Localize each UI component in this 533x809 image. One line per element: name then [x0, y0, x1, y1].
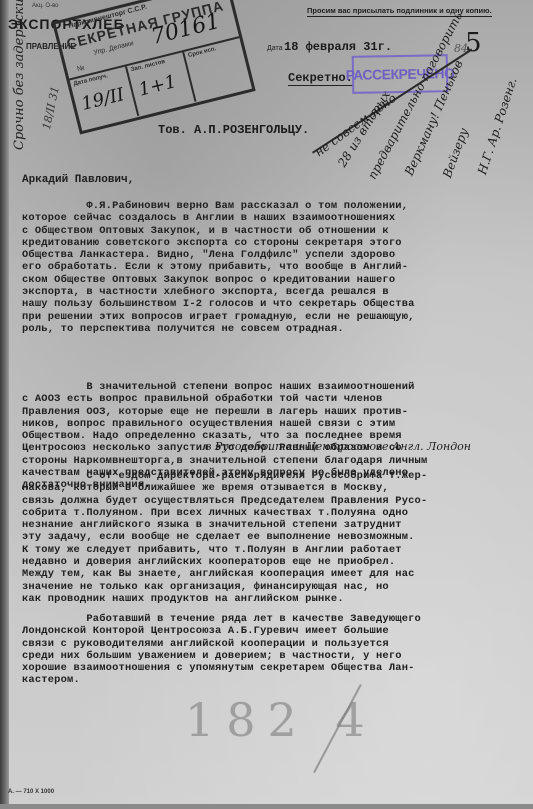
letter-paragraph: С от'ездом директора-распорядителя Русос…	[22, 470, 522, 605]
stamp-cell-deadline: Срок исп.	[184, 38, 252, 101]
stamp-cell-label: Дата получ.	[73, 73, 108, 87]
stamp-cell-label: Зап. листов	[130, 59, 166, 73]
letterhead-org-type: Акц. О-во	[32, 3, 59, 9]
secret-classification: Секретно.	[288, 71, 353, 86]
form-code: А. — 710 X 1000	[8, 789, 54, 795]
stamp-cell-label: Срок исп.	[188, 46, 217, 59]
handwritten-resolution-line: Вейзеру	[440, 126, 471, 180]
date-label: Дата	[267, 45, 283, 52]
scanned-document-page: Акц. О-во ЭКСПОРТХЛЕБ ПРАВЛЕНИЕ Наркомвн…	[0, 0, 533, 809]
stamp-cell-value: 19/II	[79, 84, 126, 115]
scan-left-edge	[0, 0, 9, 809]
stamp-number-label: №	[76, 65, 85, 74]
date-value: 18 февраля 31г.	[284, 40, 392, 54]
pencil-folio-marks: 182 4	[185, 693, 377, 747]
handwritten-signature: Н.Г. Ар. Розенг.	[475, 76, 520, 176]
margin-handwritten-note: Срочно без задержки	[12, 0, 27, 150]
scan-bottom-edge	[0, 804, 533, 809]
stamp-cell-value: 1+1	[137, 71, 179, 101]
letter-salutation: Аркадий Павлович,	[22, 174, 134, 186]
addressee: Тов. А.П.РОЗЕНГОЛЬЦУ.	[158, 123, 309, 137]
margin-handwritten-date: 18/II 31	[40, 85, 62, 131]
handwritten-insertion: в Русособрите и Центросоюзе Англ. Лондон	[205, 440, 471, 453]
letter-paragraph: Работавший в течение ряда лет в качестве…	[22, 613, 522, 687]
registration-stamp: Наркомвнешторг С.С.Р. СЕКРЕТНАЯ ГРУППА У…	[52, 0, 256, 135]
letter-paragraph: Ф.Я.Рабинович верно Вам рассказал о том …	[22, 200, 522, 335]
